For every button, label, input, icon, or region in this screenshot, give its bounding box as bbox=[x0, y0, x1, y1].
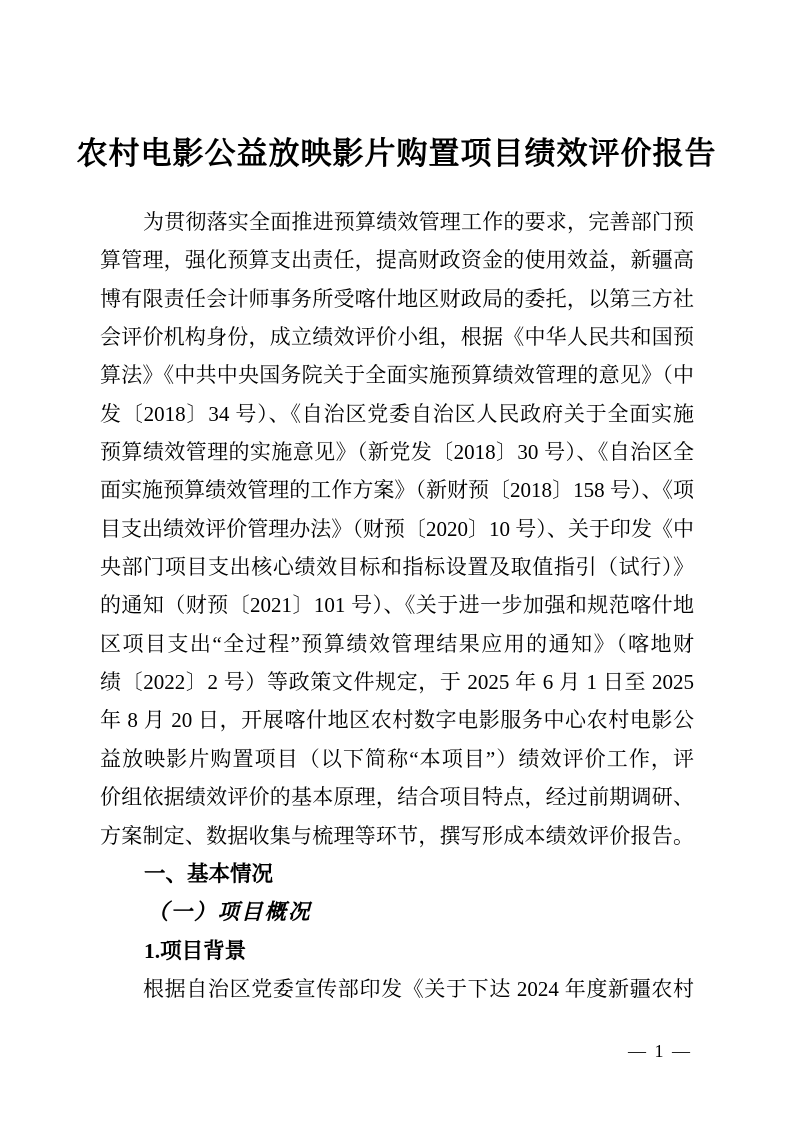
paragraph-line: 面实施预算绩效管理的工作方案》（新财预〔2018〕158 号）、《项 bbox=[100, 471, 694, 509]
paragraph-line: 央部门项目支出核心绩效目标和指标设置及取值指引（试行）》 bbox=[100, 548, 694, 586]
section-heading-level2: （一）项目概况 bbox=[100, 893, 694, 931]
paragraph-line: 价组依据绩效评价的基本原理，结合项目特点，经过前期调研、 bbox=[100, 778, 694, 816]
paragraph-line: 预算绩效管理的实施意见》（新党发〔2018〕30 号）、《自治区全 bbox=[100, 433, 694, 471]
paragraph-line: 发〔2018〕34 号）、《自治区党委自治区人民政府关于全面实施 bbox=[100, 395, 694, 433]
paragraph-line: 区项目支出“全过程”预算绩效管理结果应用的通知》（喀地财 bbox=[100, 625, 694, 663]
section-heading-level3: 1.项目背景 bbox=[100, 932, 694, 970]
paragraph-line: 方案制定、数据收集与梳理等环节，撰写形成本绩效评价报告。 bbox=[100, 817, 694, 855]
paragraph-line: 算管理，强化预算支出责任，提高财政资金的使用效益，新疆高 bbox=[100, 241, 694, 279]
section-heading-level1: 一、基本情况 bbox=[100, 855, 694, 893]
paragraph-line: 益放映影片购置项目（以下简称“本项目”）绩效评价工作，评 bbox=[100, 740, 694, 778]
document-page: 农村电影公益放映影片购置项目绩效评价报告 为贯彻落实全面推进预算绩效管理工作的要… bbox=[0, 0, 793, 1122]
document-title: 农村电影公益放映影片购置项目绩效评价报告 bbox=[0, 131, 793, 177]
paragraph-line: 会评价机构身份，成立绩效评价小组，根据《中华人民共和国预 bbox=[100, 318, 694, 356]
document-body: 为贯彻落实全面推进预算绩效管理工作的要求，完善部门预 算管理，强化预算支出责任，… bbox=[100, 203, 694, 1008]
paragraph-line: 博有限责任会计师事务所受喀什地区财政局的委托，以第三方社 bbox=[100, 280, 694, 318]
paragraph-line: 目支出绩效评价管理办法》（财预〔2020〕10 号）、关于印发《中 bbox=[100, 510, 694, 548]
paragraph-line: 年 8 月 20 日，开展喀什地区农村数字电影服务中心农村电影公 bbox=[100, 701, 694, 739]
paragraph-line: 算法》《中共中央国务院关于全面实施预算绩效管理的意见》（中 bbox=[100, 356, 694, 394]
paragraph-line: 绩〔2022〕2 号）等政策文件规定，于 2025 年 6 月 1 日至 202… bbox=[100, 663, 694, 701]
footer-page-number: — 1 — bbox=[628, 1040, 692, 1062]
paragraph-line: 为贯彻落实全面推进预算绩效管理工作的要求，完善部门预 bbox=[100, 203, 694, 241]
paragraph-line: 根据自治区党委宣传部印发《关于下达 2024 年度新疆农村 bbox=[100, 970, 694, 1008]
paragraph-line: 的通知（财预〔2021〕101 号）、《关于进一步加强和规范喀什地 bbox=[100, 586, 694, 624]
